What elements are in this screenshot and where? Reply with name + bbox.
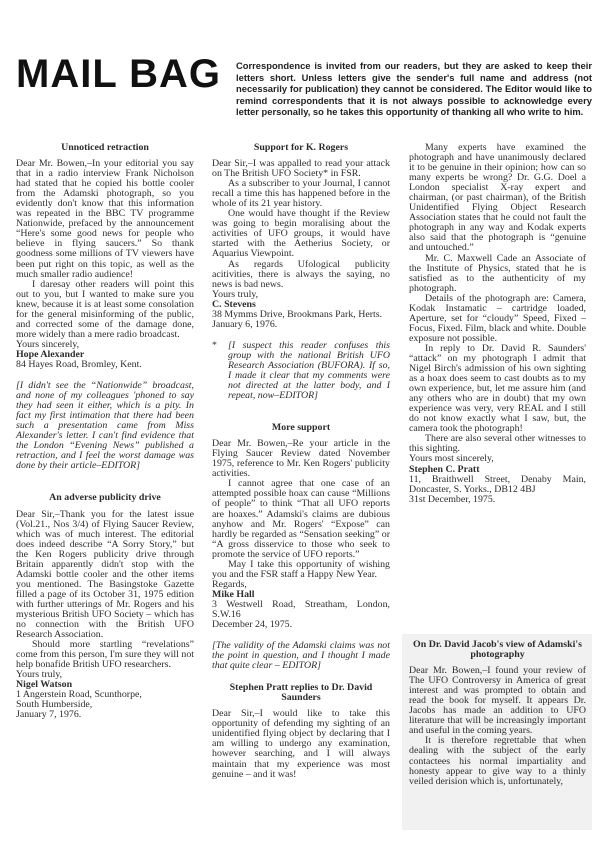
column-2: Support for K. Rogers Dear Sir,–I was ap… [212,143,390,780]
letter-paragraph: I cannot agree that one case of an attem… [212,479,390,559]
letter-paragraph: May I take this opportunity of wishing y… [212,560,390,580]
letter-paragraph: Details of the photograph are: Camera, K… [409,294,586,344]
letter-paragraph: Dear Mr. Bowen,–Re your article in the F… [212,439,390,479]
letter-address: 3 Westwell Road, Streatham, London, S.W.… [212,600,390,620]
letter-date: 31st December, 1975. [409,495,586,505]
letter-heading: More support [212,423,390,433]
footnote-text: [I suspect this reader confuses this gro… [228,341,390,401]
letter-paragraph: As regards Ufological publicity acitivit… [212,260,390,290]
letter-paragraph: Dear Mr. Bowen,–In your editorial you sa… [16,159,194,280]
letter-paragraph: Dear Sir,–I would like to take this oppo… [212,709,390,779]
letter-paragraph: In reply to Dr. David R. Saunders' “atta… [409,344,586,434]
column-3: Many experts have examined the photograp… [409,143,586,505]
letter-date: December 24, 1975. [212,620,390,630]
letter-paragraph: Dear Sir,–I was appalled to read your at… [212,159,390,179]
letter-heading: Stephen Pratt replies to Dr. David Saund… [212,683,390,703]
letter-address: 84 Hayes Road, Bromley, Kent. [16,360,194,370]
page-title: MAIL BAG [16,52,221,97]
letter-paragraph: It is therefore regrettable that when de… [409,736,586,786]
letter-heading: On Dr. David Jacob's view of Adamski's p… [409,640,586,660]
letter-date: January 7, 1976. [16,710,194,720]
letter-stephen-pratt-start: Stephen Pratt replies to Dr. David Saund… [212,683,390,779]
letter-unnoticed-retraction: Unnoticed retraction Dear Mr. Bowen,–In … [16,143,194,471]
letter-heading: Support for K. Rogers [212,143,390,153]
magazine-page: MAIL BAG Correspondence is invited from … [0,0,600,850]
letter-paragraph: I daresay other readers will point this … [16,280,194,340]
editor-note: [I didn't see the “Nationwide” broadcast… [16,381,194,471]
letter-date: January 6, 1976. [212,320,390,330]
editor-note: [The validity of the Adamski claims was … [212,641,390,671]
letter-closing: Yours most sincerely, [409,454,586,464]
letter-paragraph: Should more startling “revelations” come… [16,640,194,670]
letter-heading: Unnoticed retraction [16,143,194,153]
letter-more-support: More support Dear Mr. Bowen,–Re your art… [212,423,390,671]
letter-adverse-publicity-drive: An adverse publicity drive Dear Sir,–Tha… [16,493,194,720]
letter-paragraph: Many experts have examined the photograp… [409,143,586,254]
letter-heading: An adverse publicity drive [16,493,194,503]
letter-paragraph: Mr. C. Maxwell Cade an Associate of the … [409,254,586,294]
editor-footnote: * [I suspect this reader confuses this g… [212,341,390,401]
letter-paragraph: Dear Mr. Bowen,–I found your review of T… [409,666,586,736]
intro-notice: Correspondence is invited from our reade… [236,60,592,118]
letter-support-for-k-rogers: Support for K. Rogers Dear Sir,–I was ap… [212,143,390,401]
letter-jacobs-view: On Dr. David Jacob's view of Adamski's p… [409,640,586,787]
letter-paragraph: One would have thought if the Review was… [212,209,390,259]
letter-paragraph: Dear Sir,–Thank you for the latest issue… [16,510,194,641]
letter-paragraph: There are also several other witnesses t… [409,434,586,454]
column-1: Unnoticed retraction Dear Mr. Bowen,–In … [16,143,194,720]
letter-paragraph: As a subscriber to your Journal, I canno… [212,179,390,209]
footnote-mark: * [212,341,228,401]
letter-address: 11, Braithwell Street, Denaby Main, Donc… [409,475,586,495]
